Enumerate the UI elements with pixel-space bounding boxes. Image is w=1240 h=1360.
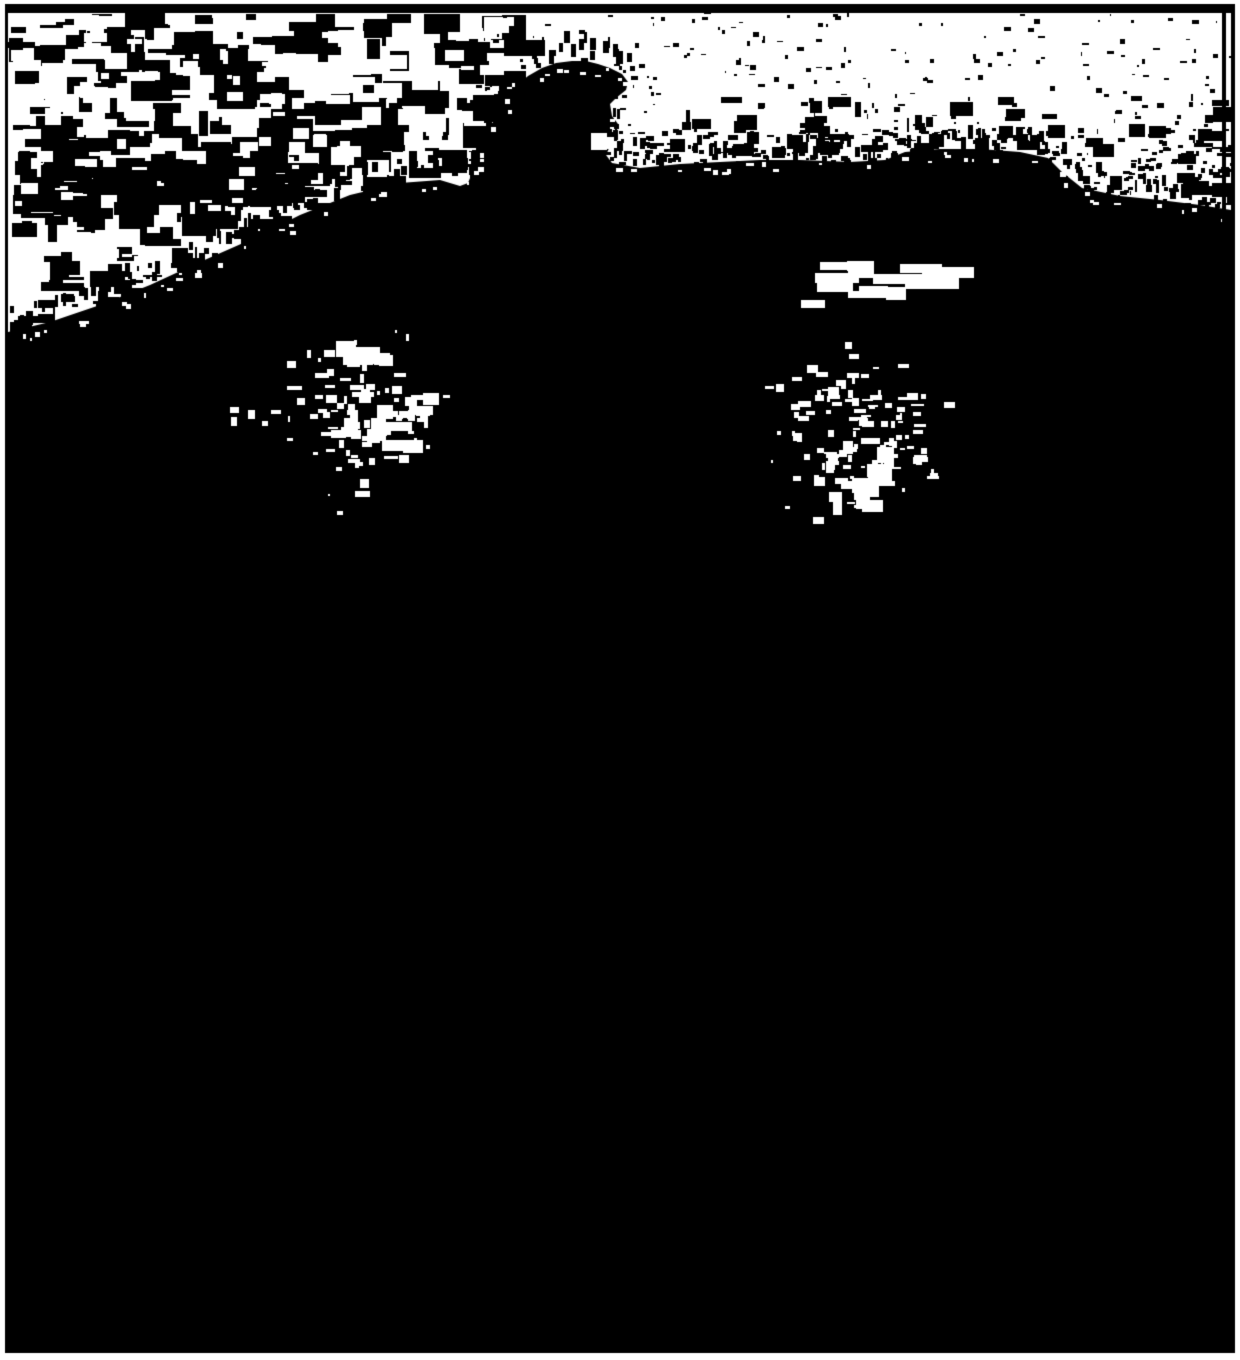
binarized-photo-page bbox=[0, 0, 1240, 1360]
binarized-photo-canvas bbox=[0, 0, 1240, 1360]
